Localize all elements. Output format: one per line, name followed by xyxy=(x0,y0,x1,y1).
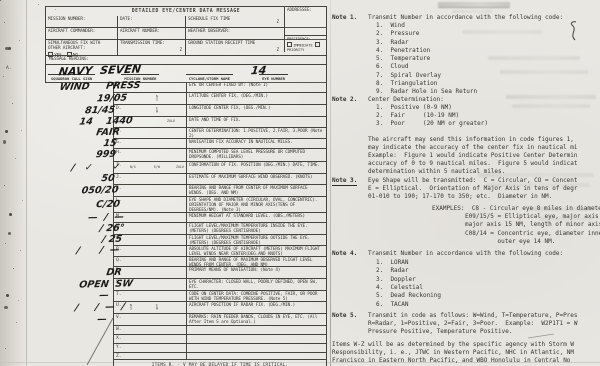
note-line: The aircraft may send this information i… xyxy=(368,136,600,144)
note-5: Note 5.Transmit in code as follows: W=Wi… xyxy=(332,312,600,336)
note-3: Note 3.Eye Shape will be transmitted: C … xyxy=(332,177,600,246)
aircraft-number-field: AIRCRAFT NUMBER: xyxy=(118,28,186,39)
faint-pencil-mark xyxy=(478,173,594,177)
example-line: major axis 15 NM, length of minor axis 5… xyxy=(465,221,600,229)
note-line: accuracy of 0 to 9 nautical miles. Figur… xyxy=(368,160,600,168)
scan-blob xyxy=(4,306,8,309)
scanned-document: DETAILED EYE/CENTER DATA MESSAGE MISSION… xyxy=(0,0,600,366)
form-row-z: Z. xyxy=(114,353,326,360)
zulu-mark: Z xyxy=(277,20,280,26)
note-line: R=Radar, 1=Positive, 2=Fair, 3=Poor. Exa… xyxy=(368,320,600,328)
row-label: LATITUDE CENTER FIX, (DEG./MIN.) xyxy=(186,93,326,104)
note-list-item: 1. LORAN xyxy=(376,259,600,267)
note-list-item: 2. Fair (10-19 NM) xyxy=(376,112,600,120)
addressee-box: ADDRESSEE: PRECEDENCE: IMMEDIATE PRIORIT… xyxy=(284,7,326,52)
scanner-edge-strip xyxy=(0,0,27,366)
form-row-k: K.050/20BEARING AND RANGE FROM CENTER OF… xyxy=(114,185,326,197)
scan-blob xyxy=(5,47,9,50)
scan-blob xyxy=(3,140,6,144)
zulu-mark: Z xyxy=(277,48,280,54)
note-4-list: 1. LORAN2. Radar3. Doppler4. Celestial5.… xyxy=(332,259,600,309)
handwritten-value: C/20 xyxy=(37,197,179,212)
row-label xyxy=(186,335,326,343)
date-field: DATE: xyxy=(118,16,186,27)
no-checkbox xyxy=(67,52,72,57)
faint-pencil-mark xyxy=(462,30,542,34)
row-label: MINIMUM HEIGHT AT STANDARD LEVEL. (OBS./… xyxy=(186,213,326,222)
row-label: MINIMUM COMPUTED SEA LEVEL PRESSURE OR C… xyxy=(186,149,326,161)
note-label: Note 1. xyxy=(332,14,357,22)
note-line: may indicate the accuracy of the center … xyxy=(368,144,600,152)
note-label: Note 3. xyxy=(332,177,357,186)
note-list-item: 3. Radar xyxy=(376,39,600,47)
handwritten-callsign: NAVY SEVEN xyxy=(58,62,142,78)
message-heading-row: MESSAGE HEADING: xyxy=(46,56,326,65)
faint-pencil-mark xyxy=(500,70,588,74)
row-a-sublabel: CYCLONE/STORM NAME xyxy=(186,74,233,81)
note-line: Example: Figure 1 would indicate Positiv… xyxy=(368,152,600,160)
items-wz-line: Responsibility, i. e., JTWC in Western P… xyxy=(332,349,600,357)
form-row-p: P./ / —ABSOLUTE ALTITUDE OF AIRCRAFT (ME… xyxy=(114,246,326,257)
zulu-mark: Z xyxy=(180,48,183,54)
row-label: EYE CHARACTER: CLOSED WALL, POORLY DEFIN… xyxy=(186,279,326,290)
example-line: outer eye 14 NM. xyxy=(465,238,600,246)
faint-header-smudge xyxy=(438,2,510,8)
row-label xyxy=(186,326,326,334)
row-label: CENTER DETERMINATION: 1.POSITIVE, 2.FAIR… xyxy=(186,128,326,138)
row-label: LONGITUDE CENTER FIX, (DEG./MIN.) xyxy=(186,105,326,116)
weather-observer-field: WEATHER OBSERVER: xyxy=(186,28,282,39)
example-line: C08/14 = Concentric eye, diameter inner … xyxy=(465,230,600,238)
row-label: ESTIMATE OF MAXIMUM SURFACE WIND OBSERVE… xyxy=(186,174,326,184)
note-line: 01-010 to 190; 17-170 to 350; etc. Diame… xyxy=(368,193,600,201)
immediate-checkbox xyxy=(287,42,292,47)
form-rows-table: B.WIND PRESSEYE OR CENTER FIXED BY: (Not… xyxy=(113,82,327,366)
row-label: BEARING AND RANGE FROM CENTER OF MAXIMUM… xyxy=(186,185,326,196)
note-label: Note 4. xyxy=(332,250,357,258)
row-label: FLIGHT LEVEL/MAXIMUM TEMPERATURE OUTSIDE… xyxy=(186,235,326,245)
note-list-item: 2. Radar xyxy=(376,267,600,275)
sheet-junction-line xyxy=(330,0,331,366)
items-wz-line: Items W-Z will be as determined by the s… xyxy=(332,341,600,349)
row-letter: W. xyxy=(116,327,122,332)
edge-line xyxy=(26,0,27,366)
ground-station-field: GROUND STATION RECEIPT TIMEZ xyxy=(186,40,282,55)
note-intro: Transmit Number in accordance with the f… xyxy=(368,250,600,258)
faint-pencil-mark xyxy=(512,104,590,108)
row-label: FLIGHT LEVEL/MAXIMUM TEMPERATURE INSIDE … xyxy=(186,223,326,234)
row-letter: Y. xyxy=(116,345,122,350)
form-row-a: A. NAVY SEVEN 14 SQUADRON CALL SIGNMISSI… xyxy=(46,65,326,82)
row-label: REMARKS: RAIN FEEDER BANDS, CLOUDS IN EY… xyxy=(186,314,326,325)
handwritten-value: / / — xyxy=(27,243,169,258)
note-4: Note 4.Transmit Number in accordance wit… xyxy=(332,250,600,309)
row-label: CODE ON CENTER DATA: COMBINE POSITIVE, F… xyxy=(186,291,326,301)
faint-pencil-mark xyxy=(452,10,492,13)
note-label: Note 2. xyxy=(332,96,357,104)
note-list-item: 6. TACAN xyxy=(376,301,600,309)
note-list-item: 4. Penetration xyxy=(376,47,600,55)
schedule-fix-time-field: SCHEDULE FIX TIMEZ xyxy=(186,16,282,27)
row-label: ABSOLUTE ALTITUDE OF AIRCRAFT (METERS) M… xyxy=(186,246,326,256)
addressee-label: ADDRESSEE: xyxy=(285,7,326,36)
row-label: BEARING AND RANGE OF MAXIMUM OBSERVED FL… xyxy=(186,257,326,266)
printed-unit-hint: ZULU xyxy=(176,166,184,170)
faint-pencil-mark xyxy=(528,207,592,211)
row-letter: Q. xyxy=(116,258,122,263)
note-label: Note 5. xyxy=(332,312,357,320)
mission-number-field: MISSION NUMBER: xyxy=(46,16,118,27)
transmission-time-field: TRANSMISSION TIME:Z xyxy=(118,40,186,55)
row-letter: X. xyxy=(116,336,122,341)
row-label: NAVIGATION FIX ACCURACY IN NAUTICAL MILE… xyxy=(186,139,326,148)
note-line: Transmit in code as follows: W=Wind, T=T… xyxy=(368,312,600,320)
aircraft-commander-field: AIRCRAFT COMMANDER: xyxy=(46,28,118,39)
row-letter: Z. xyxy=(116,354,122,359)
note-intro: Transmit Number in accordance with the f… xyxy=(368,14,600,22)
items-wz-line: Francisco in Eastern North Pacific, and … xyxy=(332,357,600,365)
row-label: EYE SHAPE AND DIAMETER (CIRCULAR, OVAL, … xyxy=(186,197,326,212)
note-list-item: 8. Triangulation xyxy=(376,80,600,88)
row-label: PRIMARY MEANS OF NAVIGATION: (Note 4) xyxy=(186,267,326,278)
items-wz-paragraph: Items W-Z will be as determined by the s… xyxy=(332,341,600,365)
yes-checkbox xyxy=(48,52,53,57)
precedence-box: PRECEDENCE: IMMEDIATE PRIORITY xyxy=(285,36,326,54)
note-line: Pressure Positive, Temperature Positive. xyxy=(368,328,600,336)
simultaneous-fix-field: SIMULTANEOUS FIX WITH OTHER AIRCRAFT: YE… xyxy=(46,40,118,55)
faint-pencil-mark xyxy=(540,217,592,221)
note-list-item: 3. Doppler xyxy=(376,276,600,284)
row-label: DATE AND TIME OF FIX. xyxy=(186,117,326,127)
note-list-item: 5. Dead Reckoning xyxy=(376,292,600,300)
row-label: AIRCRAFT POSITION IF RADAR FIX. (DEG./MI… xyxy=(186,302,326,313)
note-examples: EXAMPLES: C8 - Circular eye 8 miles in d… xyxy=(332,205,600,245)
row-letter: A. xyxy=(6,66,12,71)
faint-pencil-mark xyxy=(506,95,596,99)
priority-checkbox xyxy=(315,42,320,47)
form-footer-note: ITEMS R. - V MAY BE DELAYED IF TIME IS C… xyxy=(114,360,326,366)
form-header-block: DETAILED EYE/CENTER DATA MESSAGE MISSION… xyxy=(45,6,327,83)
note-list-item: 3. Poor (20 NM or greater) xyxy=(376,120,600,128)
handwritten-eye-number: 14 xyxy=(250,63,267,77)
note-paragraph: The aircraft may send this information i… xyxy=(332,136,600,176)
row-label xyxy=(186,353,326,359)
scan-speckles xyxy=(0,0,1,1)
faint-pencil-mark xyxy=(488,56,580,60)
form-row-y: Y. xyxy=(114,344,326,353)
form-row-v: V.—REMARKS: RAIN FEEDER BANDS, CLOUDS IN… xyxy=(114,314,326,326)
row-label xyxy=(186,344,326,352)
faint-pencil-mark xyxy=(486,183,590,187)
row-label: EYE OR CENTER FIXED BY: (Note 1) xyxy=(186,82,326,92)
note-list-item: 4. Celestial xyxy=(376,284,600,292)
scan-blob xyxy=(8,232,11,235)
form-row-x: X. xyxy=(114,335,326,344)
form-row-w: W. xyxy=(114,326,326,335)
row-label: CONFIRMATION OF FIX. POSITION (DEG./MIN.… xyxy=(186,162,326,173)
